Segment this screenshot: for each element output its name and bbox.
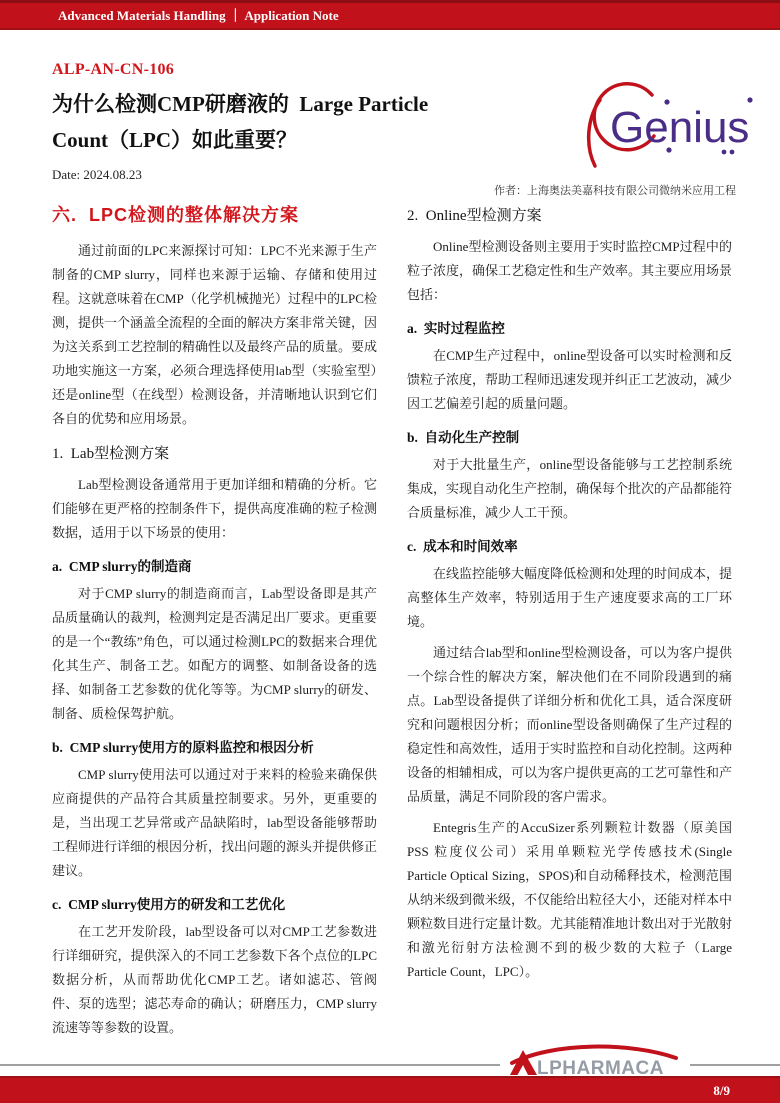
genius-dot-icon [666,147,671,152]
item-heading-lab-a: a. CMP slurry的制造商 [52,557,377,577]
genius-logo: Genius [566,78,766,173]
entegris-paragraph: Entegris生产的AccuSizer系列颗粒计数器（原美国 PSS 粒度仪公… [407,816,732,984]
genius-wordmark: Genius [610,103,749,152]
bottom-bar: 8/9 [0,1076,780,1103]
left-column: 六. LPC检测的整体解决方案 通过前面的LPC来源探讨可知：LPC不光来源于生… [52,203,377,1047]
genius-dot-icon [730,150,735,155]
author-label: 作者：上海奥法美嘉科技有限公司微纳米应用工程 [494,182,736,198]
item-paragraph-online-a: 在CMP生产过程中，online型设备可以实时检测和反馈粒子浓度，帮助工程师迅速… [407,344,732,416]
two-column-body: 六. LPC检测的整体解决方案 通过前面的LPC来源探讨可知：LPC不光来源于生… [0,203,780,1047]
top-banner-label: Advanced Materials Handling ｜ Applicatio… [0,3,339,28]
section-heading-main: 六. LPC检测的整体解决方案 [52,203,377,227]
lab-intro-paragraph: Lab型检测设备通常用于更加详细和精确的分析。它们能够在更严格的控制条件下，提供… [52,473,377,545]
genius-dot-icon [664,99,669,104]
page-number: 8/9 [713,1083,780,1098]
item-heading-lab-c: c. CMP slurry使用方的研发和工艺优化 [52,895,377,915]
intro-paragraph: 通过前面的LPC来源探讨可知：LPC不光来源于生产制备的CMP slurry，同… [52,239,377,431]
alpharmaca-logo-graphic: LPHARMACA [504,1041,686,1079]
item-heading-online-b: b. 自动化生产控制 [407,428,732,448]
item-paragraph-lab-b: CMP slurry使用法可以通过对于来料的检验来确保供应商提供的产品符合其质量… [52,763,377,883]
summary-paragraph: 通过结合lab型和online型检测设备，可以为客户提供一个综合性的解决方案，解… [407,641,732,809]
document-header: ALP-AN-CN-106 为什么检测CMP研磨液的 Large Particl… [0,30,780,183]
top-banner: Advanced Materials Handling ｜ Applicatio… [0,0,780,30]
item-paragraph-lab-a: 对于CMP slurry的制造商而言，Lab型设备即是其产品质量确认的裁判，检测… [52,582,377,726]
item-heading-online-a: a. 实时过程监控 [407,319,732,339]
right-column: 2. Online型检测方案 Online型检测设备则主要用于实时监控CMP过程… [407,203,732,1047]
item-paragraph-online-b: 对于大批量生产，online型设备能够与工艺控制系统集成，实现自动化生产控制，确… [407,453,732,525]
document-page: Advanced Materials Handling ｜ Applicatio… [0,0,780,1103]
genius-logo-graphic: Genius [566,78,766,173]
item-heading-lab-b: b. CMP slurry使用方的原料监控和根因分析 [52,738,377,758]
item-heading-online-c: c. 成本和时间效率 [407,537,732,557]
online-intro-paragraph: Online型检测设备则主要用于实时监控CMP过程中的粒子浓度，确保工艺稳定性和… [407,235,732,307]
doc-number: ALP-AN-CN-106 [52,60,732,80]
item-paragraph-online-c: 在线监控能够大幅度降低检测和处理的时间成本，提高整体生产效率，特别适用于生产速度… [407,562,732,634]
alpharmaca-logo: LPHARMACA [500,1040,690,1080]
genius-dot-icon [722,150,727,155]
item-paragraph-lab-c: 在工艺开发阶段，lab型设备可以对CMP工艺参数进行详细研究，提供深入的不同工艺… [52,920,377,1040]
genius-dot-icon [747,97,752,102]
subsection-heading-lab: 1. Lab型检测方案 [52,443,377,465]
subsection-heading-online: 2. Online型检测方案 [407,205,732,227]
